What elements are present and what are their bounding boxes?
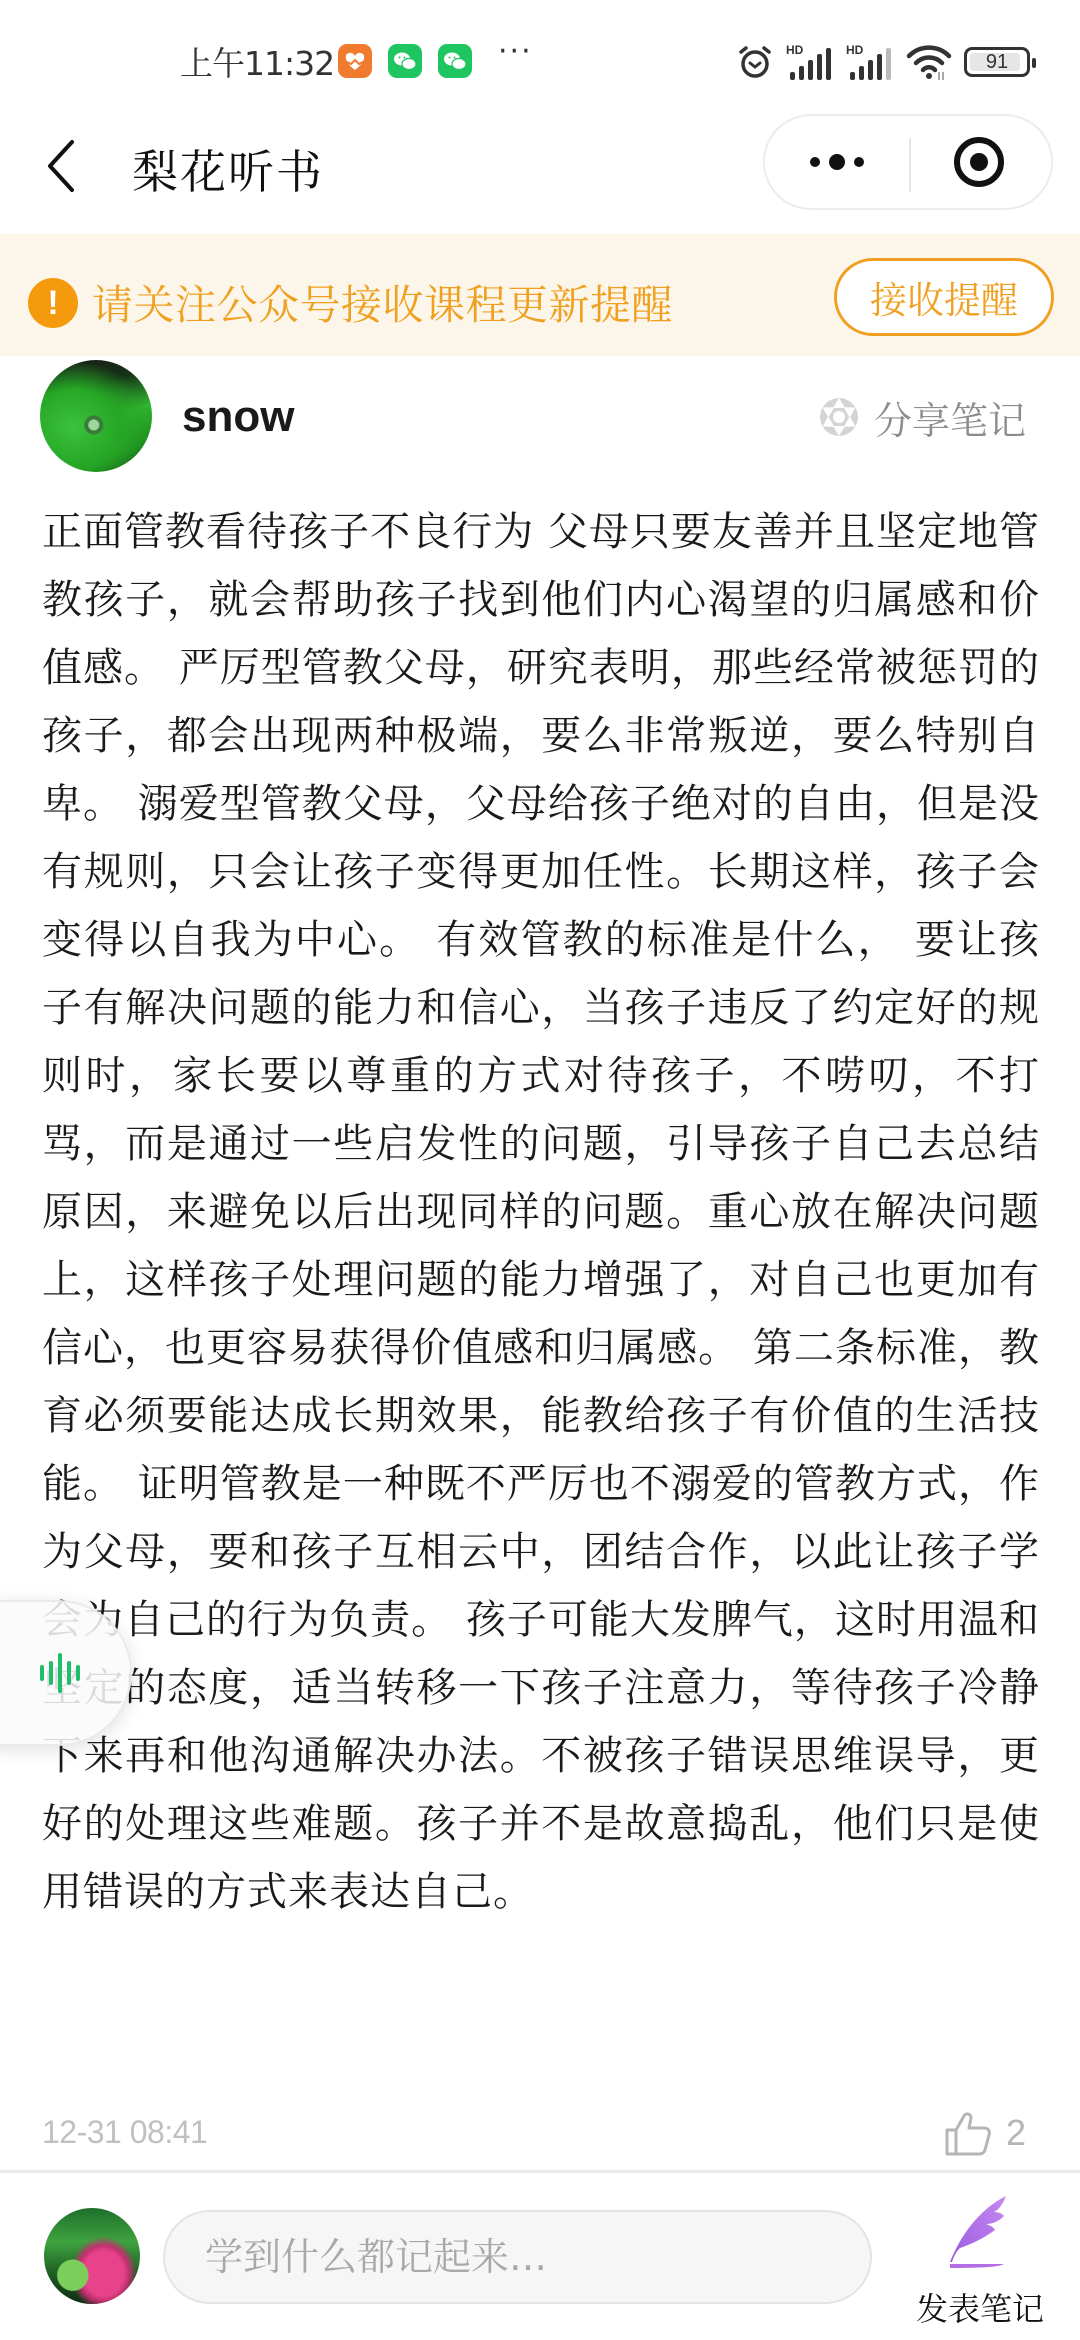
page-title: 梨花听书 xyxy=(132,136,324,202)
cellular-signal-icon: HD xyxy=(846,42,894,82)
status-time: 上午11:32 xyxy=(180,38,334,85)
more-button[interactable] xyxy=(765,116,909,208)
current-user-avatar xyxy=(44,2208,140,2304)
svg-text:HD: HD xyxy=(786,43,804,57)
status-right-cluster: HD HD 91 xyxy=(736,42,1030,82)
publish-note-button[interactable]: 发表笔记 xyxy=(900,2188,1060,2328)
note-timestamp: 12-31 08:41 xyxy=(42,2114,207,2151)
author-avatar[interactable] xyxy=(40,360,152,472)
health-app-icon xyxy=(338,44,372,78)
alert-icon: ! xyxy=(28,278,78,328)
miniprogram-capsule xyxy=(763,114,1053,210)
audio-waveform-icon xyxy=(38,1653,82,1693)
status-bar: 上午11:32 ··· HD HD 91 xyxy=(0,0,1080,100)
quill-pen-icon xyxy=(940,2192,1020,2274)
battery-level: 91 xyxy=(986,51,1008,74)
wechat-icon xyxy=(388,44,422,78)
more-notifications-icon: ··· xyxy=(498,34,533,69)
follow-notice-banner: ! 请关注公众号接收课程更新提醒 接收提醒 xyxy=(0,234,1080,356)
wifi-icon xyxy=(906,42,952,82)
thumbs-up-icon xyxy=(944,2110,992,2156)
like-button[interactable]: 2 xyxy=(944,2110,1026,2156)
more-dots-icon xyxy=(807,150,867,174)
note-input[interactable] xyxy=(165,2212,870,2302)
back-button[interactable] xyxy=(42,138,82,194)
alarm-icon xyxy=(736,43,774,81)
close-miniprogram-button[interactable] xyxy=(907,116,1051,208)
wechat-icon xyxy=(438,44,472,78)
chevron-left-icon xyxy=(42,138,82,194)
svg-text:HD: HD xyxy=(846,43,864,57)
cellular-signal-icon: HD xyxy=(786,42,834,82)
note-composer[interactable] xyxy=(163,2210,872,2304)
publish-note-label: 发表笔记 xyxy=(900,2284,1060,2330)
share-note-button[interactable]: 分享笔记 xyxy=(818,392,1026,442)
author-name[interactable]: snow xyxy=(182,392,294,442)
target-close-icon xyxy=(952,135,1006,189)
receive-reminder-button[interactable]: 接收提醒 xyxy=(834,258,1054,336)
navigation-bar: 梨花听书 xyxy=(0,100,1080,234)
notice-text: 请关注公众号接收课程更新提醒 xyxy=(92,272,673,331)
aperture-share-icon xyxy=(818,396,860,438)
footer-divider xyxy=(0,2170,1080,2173)
like-count: 2 xyxy=(1006,2112,1026,2154)
note-body: 正面管教看待孩子不良行为 父母只要友善并且坚定地管教孩子，就会帮助孩子找到他们内… xyxy=(42,498,1040,1926)
share-note-label: 分享笔记 xyxy=(874,390,1026,445)
battery-icon: 91 xyxy=(964,47,1030,77)
